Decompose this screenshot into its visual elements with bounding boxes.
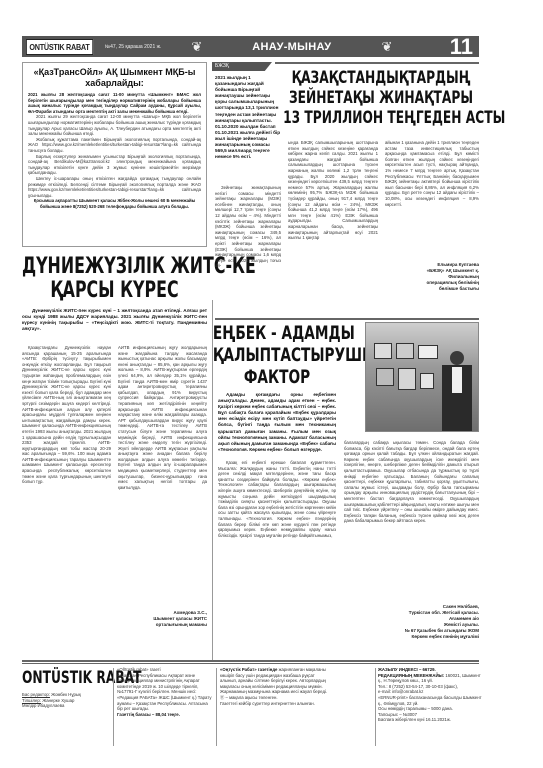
- footer-policy: «Оңтүстік Рабат» газетінде жарияланған м…: [220, 667, 330, 706]
- artwork-frame: [376, 368, 394, 386]
- announcement-contact: Қосымша ақпаратты Шымкент қаласы Жібек-Ж…: [28, 198, 201, 209]
- labor-column-1: Қазақ елі еңбекті ерекше бағалап құрметт…: [218, 460, 336, 655]
- pension-lead: 2021 жылдың 1 қазанындағы жағдай бойынша…: [215, 75, 281, 160]
- pension-title-line2: ЗЕЙНЕТАҚЫ ЖИНАҚТАРЫ: [283, 88, 479, 108]
- author-role: Көркем еңбек пәнінің мұғалімі: [344, 634, 479, 640]
- printer: «ERNUR-print» баспаханасында басылды Шым…: [378, 695, 482, 706]
- policy-title: «Оңтүстік Рабат» газетінде: [220, 667, 277, 672]
- person-head: [450, 351, 464, 365]
- pension-signature: Ельмира Куптаева «БЖЗҚ» АҚ Шымкент қ. Фи…: [385, 262, 479, 292]
- address-label: РЕДАКЦИЯНЫҢ МЕКЕНЖАЙЫ:: [378, 673, 444, 678]
- aids-column-2: АИТВ инфекциясының жұғу жолдарының және …: [118, 345, 207, 605]
- footer-divider: [375, 668, 376, 746]
- sent-date: Баспаға жіберілген күні 16.11.2021ж.: [378, 717, 482, 723]
- price: Газеттің бағасы – 88,04 теңге.: [117, 712, 213, 718]
- aids-lead: Дүниежүзілік ЖИТС-пен күрес күні – 1 жел…: [22, 308, 207, 332]
- footer-divider: [113, 668, 114, 746]
- pension-column-1: Зейнетақы жинақтарының негізгі сомасы мі…: [215, 185, 281, 305]
- pension-column-2: ында БЖЗҚ салымшыларының шоттарына өткен…: [288, 140, 378, 305]
- registration-text: Қазақстан Республикасы Ақпарат және комм…: [117, 673, 213, 712]
- aids-article: ДҮНИЕЖҮЗІЛІК ЖИТС-КЕ ҚАРСЫ КҮРЕС Дүниежү…: [22, 255, 207, 332]
- pension-lead-block: 2021 жылдың 1 қазанындағы жағдай бойынша…: [215, 75, 281, 160]
- author-role: орталығының маманы: [118, 622, 207, 628]
- artwork-frame: [398, 368, 416, 390]
- footer-divider: [216, 668, 217, 746]
- artwork-frame: [396, 343, 414, 359]
- labor-title-line2: ҚАЛЫПТАСТЫРУШЫ: [213, 344, 341, 366]
- pension-title-line3: 13 ТРИЛЛИОН ТЕҢГЕДЕН АСТЫ: [283, 108, 479, 128]
- issue-date: №47, 25 қараша 2021 ж.: [105, 44, 162, 50]
- section-rule: [215, 318, 479, 320]
- pension-col1-text: Зейнетақы жинақтарының негізгі сомасы мі…: [215, 185, 281, 269]
- author-role: бөлімше бастығы: [385, 286, 479, 292]
- labor-lead-block: Адамды қоғамдағы орны еңбегімен анықтала…: [218, 392, 336, 453]
- chief-editor-name: Жомбек Нұрық: [51, 692, 81, 697]
- ornament-icon: ❦: [191, 40, 202, 53]
- artwork-frame: [420, 373, 434, 389]
- footer-registration: «Oñtüstik rabat» газеті Қазақстан Респуб…: [117, 667, 213, 717]
- footer-rule: [22, 660, 479, 662]
- pension-col2-text: ында БЖЗҚ салымшыларының шоттарына өткен…: [288, 140, 378, 241]
- aids-col1-text: Қазақстандағы Дүниежүзілік науқан аясынд…: [22, 345, 111, 485]
- announcement-box: «ҚазТрансОйл» АҚ Шымкент МҚБ-ы хабарлайд…: [22, 62, 207, 247]
- pension-title-line1: ҚАЗАҚСТАНДЫҚТАРДЫҢ: [283, 68, 479, 88]
- pension-col3-text: айынан 1 қазанына дейін 1 триллион теңге…: [385, 140, 479, 207]
- page-number: 11: [450, 34, 473, 60]
- labor-col2-text: балалардың сабаққа ықыласы төмен. Сонда …: [344, 440, 479, 524]
- labor-col1-text: Қазақ елі еңбекті ерекше бағалап құрметт…: [218, 460, 336, 538]
- ornament-icon: ❦: [381, 40, 392, 53]
- announcement-paragraph: Шектеу іс-шаралары оның өткізілген жағда…: [28, 176, 201, 198]
- announcement-paragraph: Жобалық құжаттама пакетімен Бірыңғай эко…: [28, 137, 201, 154]
- footer-contacts: ЖАЗЫЛУ ИНДЕКСІ – 66729. РЕДАКЦИЯНЫҢ МЕКЕ…: [378, 667, 482, 723]
- person-shirt: [452, 367, 462, 393]
- policy-photo: Газеттегі кейбір суреттер интернеттен ал…: [220, 701, 330, 707]
- aids-signature: Ахмедова З.С., Шымкент қаласы ЖИТС ортал…: [118, 610, 207, 628]
- labor-lead: Адамды қоғамдағы орны еңбегімен анықтала…: [218, 392, 336, 453]
- aids-col2-text: АИТВ инфекциясының жұғу жолдарының және …: [118, 345, 207, 490]
- announcement-paragraph: Барлық ескертулер жинағымен ұсыныстар Бі…: [28, 154, 201, 176]
- teacher-photo: [365, 322, 479, 432]
- section-title: АНАУ-МЫНАУ: [252, 41, 331, 53]
- section-tag: БЖЗҚ: [212, 62, 272, 71]
- artwork-frame: [418, 345, 438, 359]
- top-rule: [275, 62, 479, 64]
- pension-title: ҚАЗАҚСТАНДЫҚТАРДЫҢ ЗЕЙНЕТАҚЫ ЖИНАҚТАРЫ 1…: [283, 68, 479, 128]
- footer-masthead: ONTÜSTIK RABAT Бас редактор: Жомбек Нұры…: [22, 668, 110, 709]
- labor-title-line1: ЕҢБЕК - АДАМДЫ: [213, 322, 341, 344]
- pension-column-3: айынан 1 қазанына дейін 1 триллион теңге…: [385, 140, 479, 230]
- labor-title-line3: ФАКТОР: [213, 366, 341, 388]
- staff-label: Тілшілер:: [22, 698, 41, 703]
- announcement-paragraph: 2021 жылғы 28 желтоқсанда сағат 11-00 ми…: [28, 92, 201, 114]
- aids-column-1: Қазақстандағы Дүниежүзілік науқан аясынд…: [22, 345, 111, 655]
- announcement-title: «ҚазТрансОйл» АҚ Шымкент МҚБ-ы хабарлайд…: [28, 67, 201, 89]
- chief-editor-label: Бас редактор:: [22, 692, 50, 697]
- page-header: ONTÜSTIK RABAT №47, 25 қараша 2021 ж. ❦ …: [22, 36, 479, 57]
- artwork-frame: [374, 343, 392, 359]
- labor-signature: Сакен Нәлібаев, Түркістан обл. Жетісай қ…: [344, 604, 479, 640]
- footer-rule: [22, 663, 479, 664]
- announcement-paragraph: 2021 жылғы 29 желтоқсанда сағат 12-00 ми…: [28, 114, 201, 136]
- aids-title-line1: ДҮНИЕЖҮЗІЛІК ЖИТС-КЕ: [22, 255, 207, 279]
- staff-name: Мөлдір Ибадуллаева: [22, 703, 110, 709]
- labor-column-2: балалардың сабаққа ықыласы төмен. Сонда …: [344, 440, 479, 588]
- footer-logo: ONTÜSTIK RABAT: [22, 668, 85, 688]
- newspaper-logo: ONTÜSTIK RABAT: [26, 39, 93, 55]
- aids-title-line2: ҚАРСЫ КҮРЕС: [22, 279, 207, 303]
- labor-title: ЕҢБЕК - АДАМДЫ ҚАЛЫПТАСТЫРУШЫ ФАКТОР: [218, 322, 336, 388]
- staff-name: Жанерке Хушар: [42, 698, 74, 703]
